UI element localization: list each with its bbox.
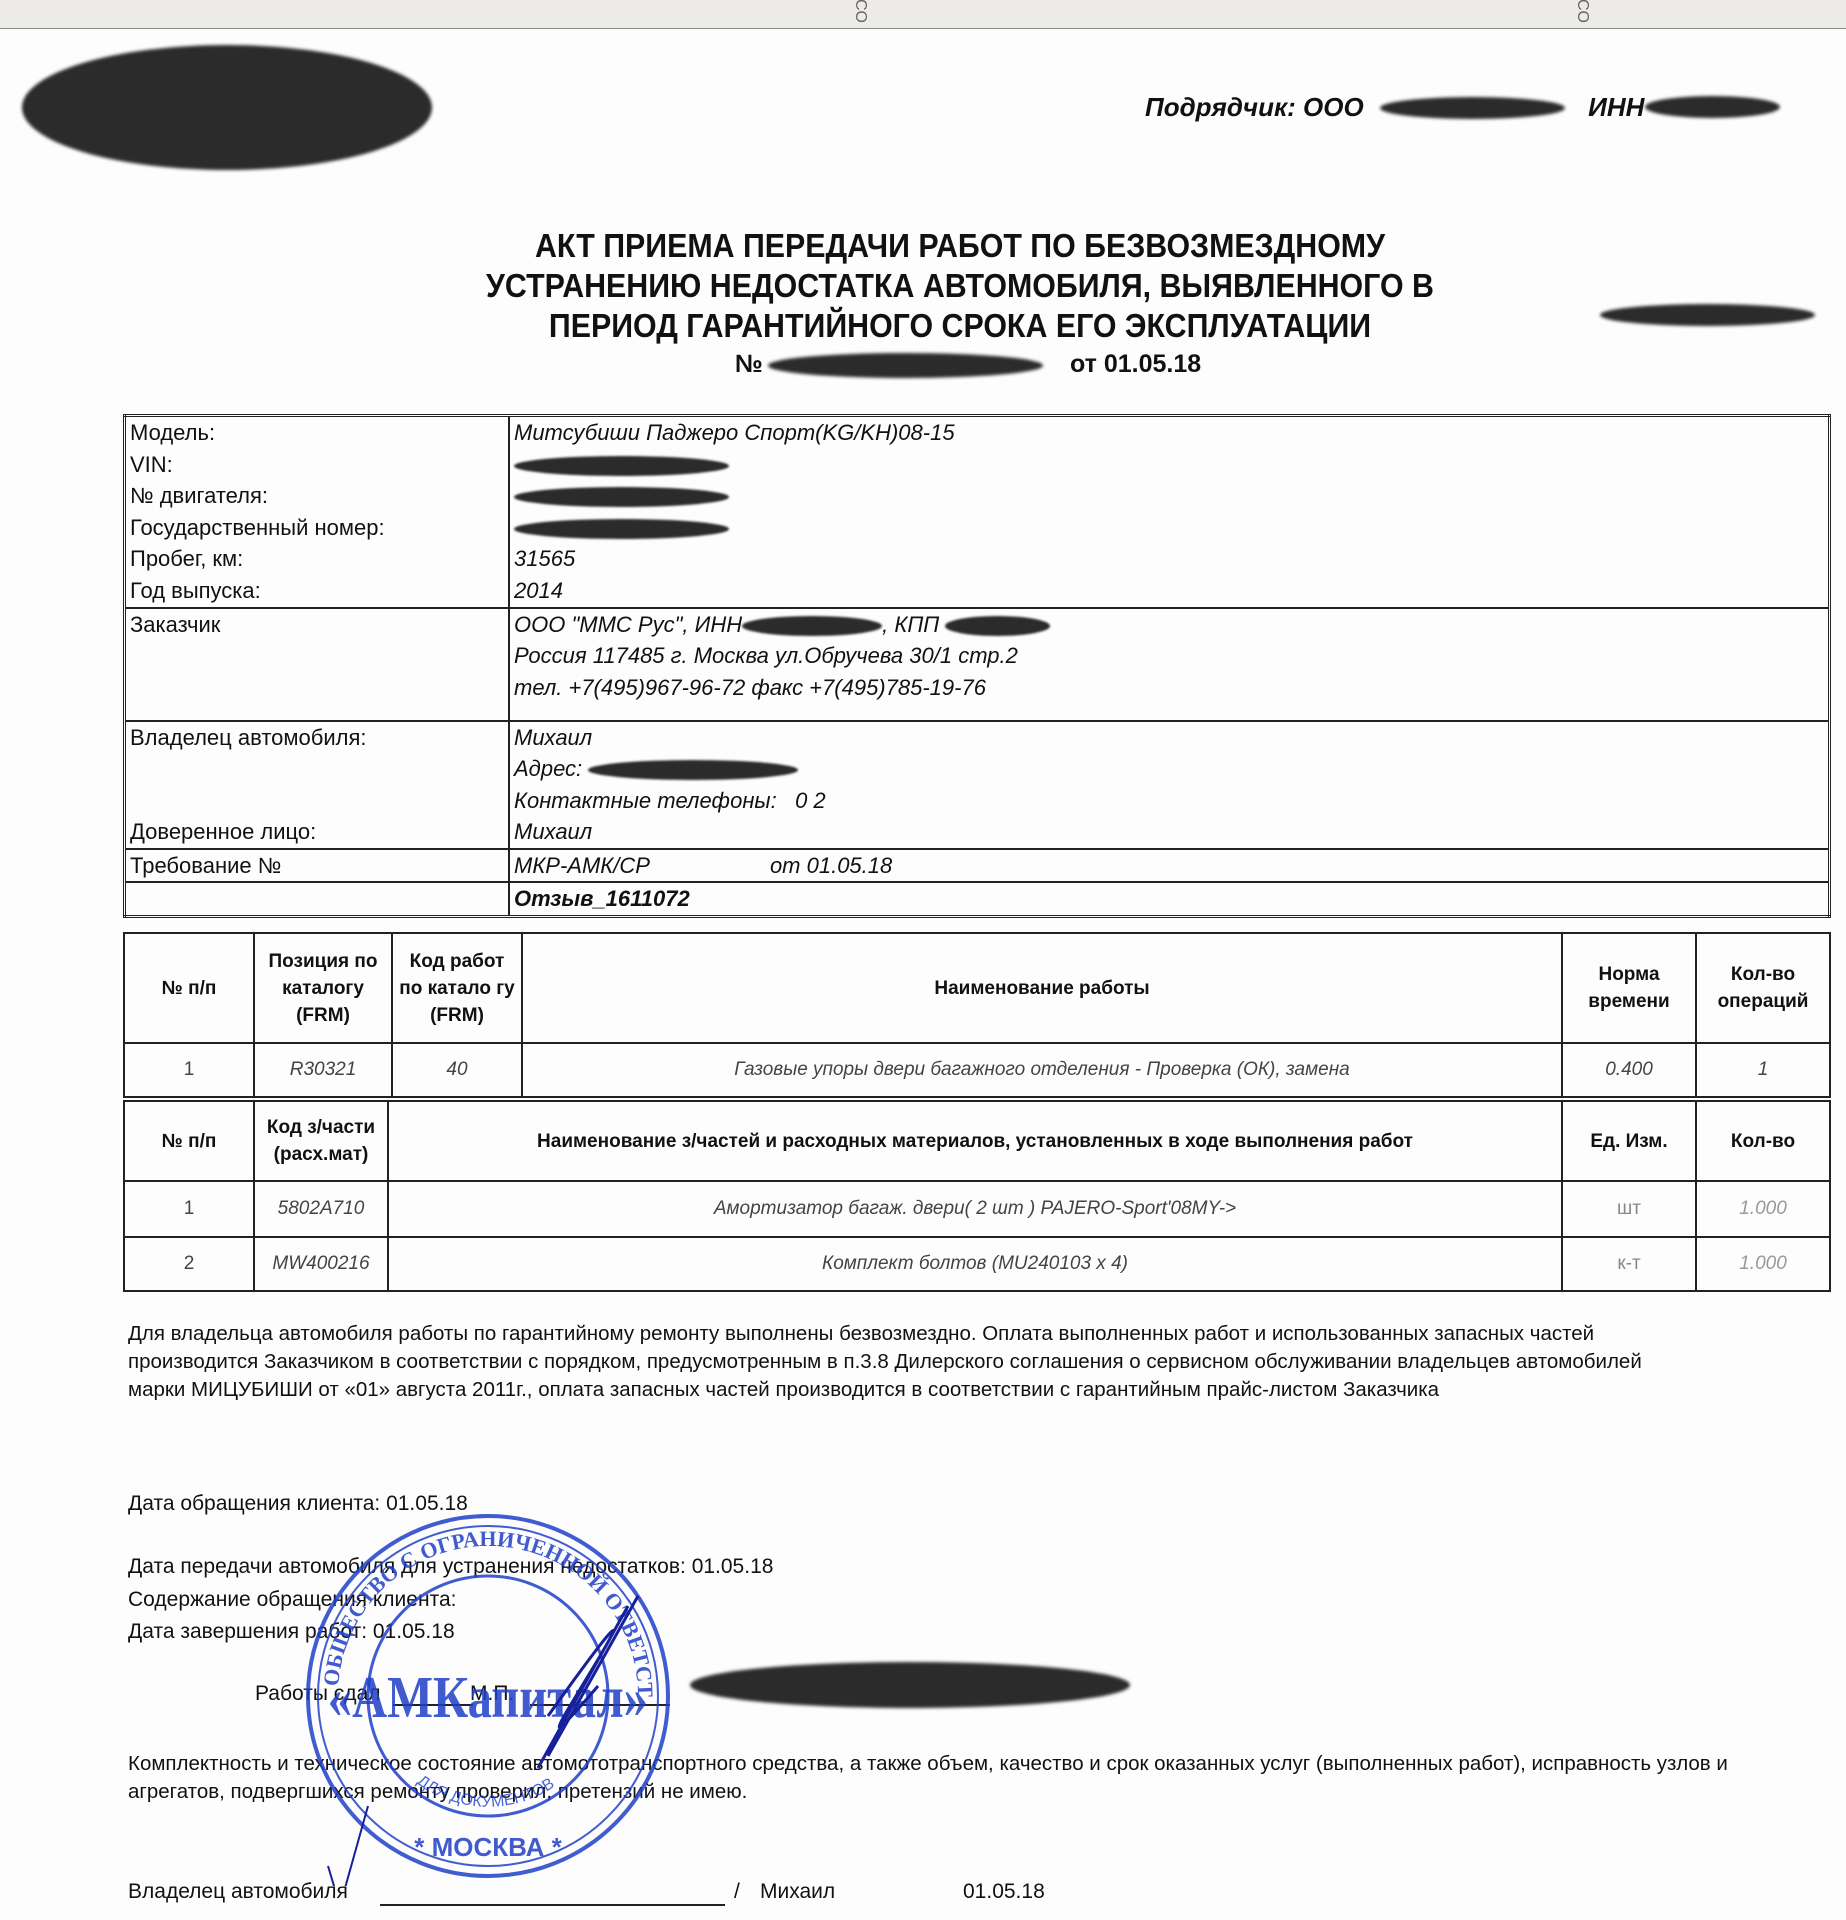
parts-table: № п/п Код з/части (расх.мат) Наименовани… <box>123 1100 1831 1292</box>
doc-number-label: № <box>735 350 763 379</box>
label-year: Год выпуска: <box>130 575 504 607</box>
cell: 2 <box>124 1237 254 1291</box>
requirement-label: Требование № <box>130 853 281 878</box>
redacted-customer-kpp <box>945 616 1050 636</box>
col-header-catalog-position: Позиция по каталогу (FRM) <box>254 933 392 1043</box>
cell: 40 <box>392 1043 522 1097</box>
owner-sign-date: 01.05.18 <box>963 1880 1045 1904</box>
cell: Комплект болтов (MU240103 x 4) <box>388 1237 1562 1291</box>
requirement-label-cell: Требование № <box>125 849 510 883</box>
slash: / <box>734 1880 740 1904</box>
title-line: УСТРАНЕНИЮ НЕДОСТАТКА АВТОМОБИЛЯ, ВЫЯВЛЕ… <box>426 266 1493 306</box>
redacted-doc-number <box>768 353 1043 378</box>
svg-text:«АМКапитал»: «АМКапитал» <box>328 1665 648 1731</box>
col-header-part-name: Наименование з/частей и расходных матери… <box>388 1101 1562 1181</box>
col-header-quantity: Кол-во <box>1696 1101 1830 1181</box>
redacted-plate <box>514 519 729 539</box>
vehicle-info-table: Модель: VIN: № двигателя: Государственны… <box>123 414 1831 918</box>
redacted-signer-name <box>690 1662 1130 1708</box>
label-engine: № двигателя: <box>130 480 504 512</box>
col-header-part-code: Код з/части (расх.мат) <box>254 1101 388 1181</box>
customer-name: ООО "ММС Рус", ИНН <box>514 612 742 637</box>
title-line: ПЕРИОД ГАРАНТИЙНОГО СРОКА ЕГО ЭКСПЛУАТАЦ… <box>426 306 1493 346</box>
owner-values: Михаил Адрес: Контактные телефоны: 0 2 М… <box>509 721 1830 849</box>
cell: MW400216 <box>254 1237 388 1291</box>
redacted-engine <box>514 487 729 507</box>
redacted-owner-address <box>588 760 798 780</box>
owner-address-label: Адрес: <box>514 756 582 781</box>
scan-top-strip: CO CO <box>0 0 1846 29</box>
scan-mark: CO <box>1573 0 1591 23</box>
cell: 1.000 <box>1696 1181 1830 1237</box>
cell: 0.400 <box>1562 1043 1696 1097</box>
col-header-operations: Кол-во операций <box>1696 933 1830 1043</box>
document-title: АКТ ПРИЕМА ПЕРЕДАЧИ РАБОТ ПО БЕЗВОЗМЕЗДН… <box>426 226 1493 346</box>
cell: 5802A710 <box>254 1181 388 1237</box>
cell: 1 <box>1696 1043 1830 1097</box>
col-header-unit: Ед. Изм. <box>1562 1101 1696 1181</box>
vehicle-values: Митсубиши Паджеро Спорт(KG/KH)08-15 3156… <box>509 416 1830 608</box>
contractor-label: Подрядчик: ООО <box>1145 92 1364 122</box>
owner-name: Михаил <box>514 722 1824 754</box>
cell: к-т <box>1562 1237 1696 1291</box>
vin-value <box>514 449 1824 481</box>
proxy-label: Доверенное лицо: <box>130 816 504 848</box>
customer-kpp-label: , КПП <box>882 612 939 637</box>
col-header-number: № п/п <box>124 933 254 1043</box>
engine-value <box>514 480 1824 512</box>
vehicle-labels: Модель: VIN: № двигателя: Государственны… <box>125 416 510 608</box>
year-value: 2014 <box>514 575 1824 607</box>
redacted-logo <box>22 45 432 170</box>
requirement-number: МКР-АМК/СР <box>514 853 650 878</box>
terms-paragraph: Для владельца автомобиля работы по гаран… <box>128 1320 1688 1404</box>
customer-label-cell: Заказчик <box>125 608 510 721</box>
customer-phones: тел. +7(495)967-96-72 факс +7(495)785-19… <box>514 672 1824 704</box>
cell: 1 <box>124 1043 254 1097</box>
requirement-value-cell: МКР-АМК/СРот 01.05.18 <box>509 849 1830 883</box>
owner-sign-name: Михаил <box>760 1880 835 1904</box>
redacted-customer-inn <box>742 616 882 636</box>
customer-name-line: ООО "ММС Рус", ИНН, КПП <box>514 609 1824 641</box>
scan-mark: CO <box>851 0 869 23</box>
label-mileage: Пробег, км: <box>130 543 504 575</box>
proxy-name: Михаил <box>514 816 1824 848</box>
requirement-date: от 01.05.18 <box>770 853 892 878</box>
plate-value <box>514 512 1824 544</box>
label-plate: Государственный номер: <box>130 512 504 544</box>
owner-phones-line: Контактные телефоны: 0 2 <box>514 785 1824 817</box>
cell: Амортизатор багаж. двери( 2 шт ) PAJERO-… <box>388 1181 1562 1237</box>
svg-text:* МОСКВА *: * МОСКВА * <box>414 1832 562 1862</box>
owner-signature-line <box>380 1904 725 1906</box>
label-vin: VIN: <box>130 449 504 481</box>
doc-date: от 01.05.18 <box>1070 350 1201 379</box>
customer-address: Россия 117485 г. Москва ул.Обручева 30/1… <box>514 640 1824 672</box>
col-header-work-code: Код работ по катало гу (FRM) <box>392 933 522 1043</box>
mileage-value: 31565 <box>514 543 1824 575</box>
customer-label: Заказчик <box>130 609 504 641</box>
owner-phones-label: Контактные телефоны: <box>514 788 777 813</box>
works-table: № п/п Позиция по каталогу (FRM) Код рабо… <box>123 932 1831 1098</box>
label-model: Модель: <box>130 417 504 449</box>
redacted-mark <box>1600 304 1815 326</box>
customer-values: ООО "ММС Рус", ИНН, КПП Россия 117485 г.… <box>509 608 1830 721</box>
contractor-line: Подрядчик: ООО ИНН <box>1145 92 1644 123</box>
inn-label: ИНН <box>1588 92 1644 122</box>
owner-address-line: Адрес: <box>514 753 1824 785</box>
table-row: 1 5802A710 Амортизатор багаж. двери( 2 ш… <box>124 1181 1830 1237</box>
review-number: Отзыв_1611072 <box>514 886 690 911</box>
cell: 1 <box>124 1181 254 1237</box>
table-row: 2 MW400216 Комплект болтов (MU240103 x 4… <box>124 1237 1830 1291</box>
empty-cell <box>125 882 510 916</box>
model-value: Митсубиши Паджеро Спорт(KG/KH)08-15 <box>514 417 1824 449</box>
redacted-vin <box>514 456 729 476</box>
cell: R30321 <box>254 1043 392 1097</box>
title-line: АКТ ПРИЕМА ПЕРЕДАЧИ РАБОТ ПО БЕЗВОЗМЕЗДН… <box>426 226 1493 266</box>
owner-label-cell: Владелец автомобиля: Доверенное лицо: <box>125 721 510 849</box>
col-header-work-name: Наименование работы <box>522 933 1562 1043</box>
cell: шт <box>1562 1181 1696 1237</box>
cell: Газовые упоры двери багажного отделения … <box>522 1043 1562 1097</box>
review-cell: Отзыв_1611072 <box>509 882 1830 916</box>
redacted-contractor-inn <box>1645 96 1780 118</box>
col-header-time-norm: Норма времени <box>1562 933 1696 1043</box>
col-header-number: № п/п <box>124 1101 254 1181</box>
owner-phones-value: 0 2 <box>795 788 826 813</box>
company-stamp-icon: ОБЩЕСТВО С ОГРАНИЧЕННОЙ ОТВЕТСТВЕННОСТЬЮ… <box>298 1506 678 1886</box>
table-row: 1 R30321 40 Газовые упоры двери багажног… <box>124 1043 1830 1097</box>
cell: 1.000 <box>1696 1237 1830 1291</box>
owner-label: Владелец автомобиля: <box>130 722 504 754</box>
